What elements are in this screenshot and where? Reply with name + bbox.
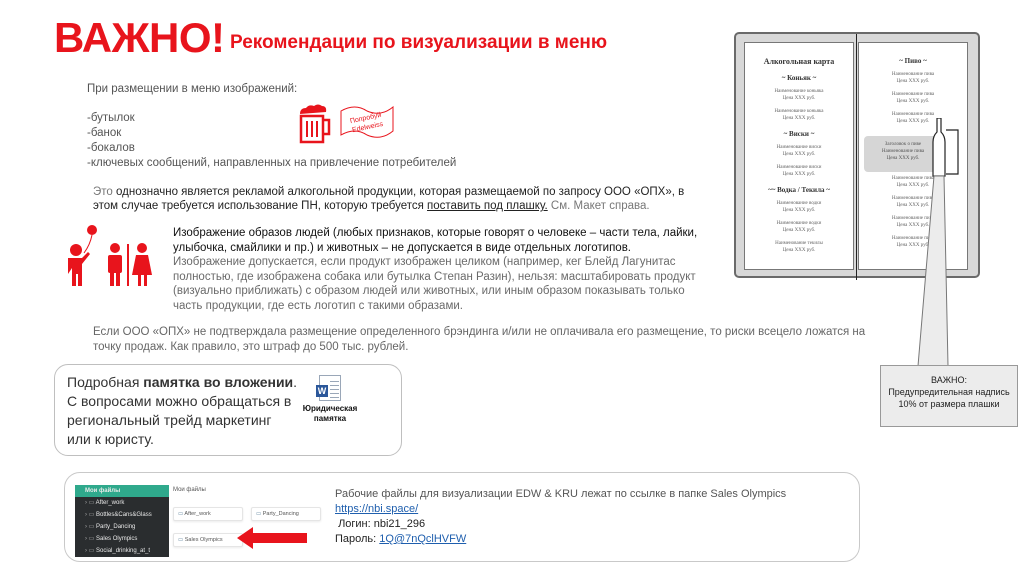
- edelweiss-flag-icon: Попробуй Edelweiss: [338, 103, 396, 141]
- sidebar-folder[interactable]: Sales Olympics: [75, 533, 169, 545]
- memo-box: Подробная памятка во вложении. С вопроса…: [54, 364, 402, 456]
- sidebar-folder[interactable]: Party_Dancing: [75, 521, 169, 533]
- menu-left-page: Алкогольная карта ~ Коньяк ~ Наименовани…: [744, 42, 854, 270]
- callout-title: ВАЖНО:: [881, 374, 1017, 386]
- folder-card[interactable]: Party_Dancing: [251, 507, 321, 521]
- menu-spine: [856, 34, 857, 280]
- risk-note: Если ООО «ОПХ» не подтверждала размещени…: [93, 325, 873, 355]
- login-value: nbi21_296: [374, 518, 425, 530]
- advertising-note: Это однозначно является рекламой алкогол…: [93, 185, 693, 213]
- menu-book: Алкогольная карта ~ Коньяк ~ Наименовани…: [734, 32, 980, 278]
- intro-lead: При размещении в меню изображений:: [87, 82, 456, 97]
- callout-text: Предупредительная надпись 10% от размера…: [881, 386, 1017, 410]
- folder-card[interactable]: After_work: [173, 507, 243, 521]
- intro-item: -бутылок: [87, 111, 456, 126]
- intro-item: -ключевых сообщений, направленных на при…: [87, 156, 456, 171]
- page-title: ВАЖНО!: [54, 14, 225, 62]
- intro-block: При размещении в меню изображений: -буты…: [87, 82, 456, 171]
- sidebar-folder[interactable]: Bottles&Cans&Glass: [75, 509, 169, 521]
- file-manager-sidebar: Мои файлы After_work Bottles&Cans&Glass …: [75, 485, 169, 557]
- attachment-label: Юридическая памятка: [295, 404, 365, 424]
- bottle-glass-icon: [932, 118, 962, 178]
- password-line: Пароль: 1Q@7nQclHVFW: [335, 532, 786, 547]
- login-line: Логин: nbi21_296: [335, 517, 786, 532]
- memo-text: Подробная памятка во вложении. С вопроса…: [67, 373, 299, 449]
- sidebar-folder[interactable]: Social_drinking_at_t: [75, 545, 169, 557]
- plate-link: поставить под плашку.: [427, 200, 548, 212]
- warning-callout: ВАЖНО: Предупредительная надпись 10% от …: [880, 365, 1018, 427]
- people-images-rule: Изображение образов людей (любых признак…: [173, 226, 708, 313]
- word-document-icon: W: [319, 375, 341, 401]
- folder-card[interactable]: Sales Olympics: [173, 533, 243, 547]
- intro-item: -бокалов: [87, 141, 456, 156]
- legal-memo-attachment[interactable]: W Юридическая памятка: [295, 375, 365, 424]
- nbi-link[interactable]: https://nbi.space/: [335, 503, 418, 515]
- password-value[interactable]: 1Q@7nQclHVFW: [379, 533, 466, 545]
- red-arrow-icon: [237, 527, 307, 549]
- files-box: Мои файлы After_work Bottles&Cans&Glass …: [64, 472, 860, 562]
- intro-item: -банок: [87, 126, 456, 141]
- files-description: Рабочие файлы для визуализации EDW & KRU…: [335, 487, 786, 502]
- page-subtitle: Рекомендации по визуализации в меню: [230, 32, 607, 54]
- sidebar-folder[interactable]: After_work: [75, 497, 169, 509]
- people-icon: [64, 224, 156, 288]
- menu-mockup: Алкогольная карта ~ Коньяк ~ Наименовани…: [734, 32, 980, 280]
- sidebar-header[interactable]: Мои файлы: [75, 485, 169, 497]
- beer-plate-highlight: Заголовок о пиве Наименование пива Цена …: [864, 136, 942, 172]
- main-label: Мои файлы: [173, 487, 206, 493]
- files-info: Рабочие файлы для визуализации EDW & KRU…: [335, 487, 786, 547]
- beer-mug-icon: [296, 104, 334, 144]
